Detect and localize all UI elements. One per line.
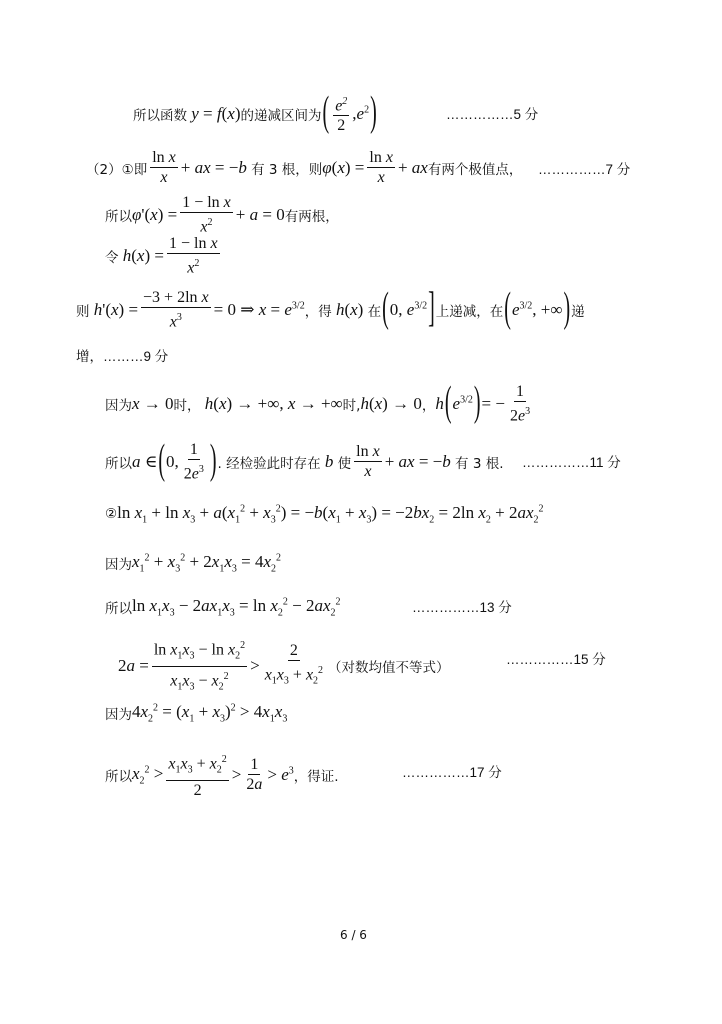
- text: 所以函数: [133, 104, 187, 124]
- line-log-equation: 所以 ln x1x3 − 2ax1x3 = ln x22 − 2ax22: [105, 596, 341, 618]
- math: h(x) → 0: [360, 394, 421, 414]
- score-15: ……………15 分: [506, 648, 606, 668]
- fraction: ln xx: [354, 442, 382, 481]
- text: ，得: [305, 300, 332, 320]
- line-am-gm: 因为 4x22 = (x1 + x3)2 > 4x1x3: [105, 702, 287, 724]
- text: 有两根，: [285, 205, 339, 225]
- fraction: 1 − ln xx2: [180, 193, 233, 236]
- math: >: [232, 765, 242, 785]
- math: ln x1x3 − 2ax1x3 = ln x22 − 2ax22: [132, 596, 341, 618]
- text: 增，: [76, 345, 103, 365]
- math: b: [321, 452, 338, 472]
- fraction: x1x3 + x222: [166, 750, 228, 800]
- text: 所以: [105, 205, 132, 225]
- math: = 0 ⇒ x = e3/2: [214, 300, 305, 320]
- math: ): [370, 90, 377, 138]
- math: >: [250, 656, 260, 676]
- text: 的递减区间为: [241, 104, 322, 124]
- text: . 经检验此时存在: [218, 452, 321, 472]
- math: e3/2: [453, 394, 473, 414]
- math: = −: [482, 394, 505, 414]
- line-increasing: 增， ………9 分: [76, 345, 168, 365]
- text: 上递减，在: [436, 300, 504, 320]
- line-derivative-phi: 所以 φ'(x) = 1 − ln xx2 + a = 0 有两根，: [105, 193, 339, 236]
- math: ): [563, 286, 570, 334]
- line-square-identity: 因为 x12 + x32 + 2x1x3 = 4x22: [105, 552, 281, 574]
- math: ]: [428, 286, 435, 334]
- fraction: 12e3: [508, 382, 532, 425]
- line-a-range: 所以 a ∈ (0, 12e3 ) . 经检验此时存在 b 使 ln xx + …: [105, 440, 504, 483]
- math: (: [445, 380, 452, 428]
- math: + ax = −b: [181, 158, 251, 178]
- fraction: −3 + 2ln xx3: [141, 288, 211, 331]
- math: + ax: [398, 158, 428, 178]
- math: ): [210, 438, 217, 486]
- line-part2-second: ② ln x1 + ln x3 + a(x12 + x32) = −b(x1 +…: [105, 503, 544, 525]
- math: 0,: [166, 452, 179, 472]
- fraction: ln xx: [150, 148, 178, 187]
- line-log-mean-ineq: 2a = ln x1x3 − ln x22x1x3 − x22 > 2x1x3 …: [118, 636, 450, 696]
- text: 因为: [105, 703, 132, 723]
- math: h(x): [332, 300, 368, 320]
- line-conclusion: 所以 x22 > x1x3 + x222 > 12a > e3 ，得证.: [105, 750, 339, 800]
- score-7: ……………7 分: [538, 158, 630, 178]
- text: 所以: [105, 597, 132, 617]
- math: =: [199, 104, 217, 124]
- math: 0, e3/2: [390, 300, 427, 320]
- fraction: ln x1x3 − ln x22x1x3 − x22: [152, 636, 247, 696]
- math: x22 >: [132, 764, 163, 786]
- line-part2-start: （2）①即 ln xx + ax = −b 有 3 根，则 φ(x) = ln …: [86, 148, 522, 187]
- text: 令: [105, 246, 119, 266]
- fraction: 12e3: [182, 440, 206, 483]
- math: 4x22 = (x1 + x3)2 > 4x1x3: [132, 702, 287, 724]
- page-number: 6 / 6: [340, 928, 367, 942]
- text: 有 3 根.: [455, 452, 503, 472]
- math: h(x) → +∞, x → +∞: [201, 394, 343, 414]
- score-5: ……………5 分: [446, 103, 538, 123]
- math: x: [227, 104, 235, 124]
- text: 所以: [105, 765, 132, 785]
- math: h(x) =: [119, 246, 164, 266]
- math: h'(x) =: [90, 300, 139, 320]
- text: ②: [105, 506, 117, 522]
- math: y: [187, 104, 199, 124]
- line-limits: 因为 x → 0 时， h(x) → +∞, x → +∞ 时, h(x) → …: [105, 382, 535, 425]
- line-h-derivative: 则 h'(x) = −3 + 2ln xx3 = 0 ⇒ x = e3/2 ，得…: [76, 288, 585, 331]
- math: (: [323, 90, 330, 138]
- text: 时,: [343, 394, 361, 414]
- text: 有 3 根，则: [251, 158, 322, 178]
- text: 时，: [174, 394, 201, 414]
- math: e3/2, +∞: [512, 300, 563, 320]
- math: x → 0: [132, 394, 174, 414]
- score-11: ……………11 分: [522, 451, 621, 471]
- text: 因为: [105, 394, 132, 414]
- math: (: [158, 438, 165, 486]
- math: > e3: [267, 765, 293, 785]
- text: 递: [571, 300, 585, 320]
- math: a ∈: [132, 452, 157, 472]
- math: (: [382, 286, 389, 334]
- text: 则: [76, 300, 90, 320]
- math: φ(x) =: [322, 158, 364, 178]
- text: （对数均值不等式）: [328, 656, 450, 676]
- math: ): [474, 380, 481, 428]
- fraction: 1 − ln xx2: [167, 234, 220, 277]
- fraction: e22: [333, 92, 349, 135]
- math: + ax = −b: [385, 452, 455, 472]
- text: （2）①即: [86, 158, 147, 178]
- text: 所以: [105, 452, 132, 472]
- fraction: 2x1x3 + x22: [263, 641, 325, 691]
- text: 在: [368, 300, 382, 320]
- text: 有两个极值点，: [428, 158, 523, 178]
- math: h: [435, 394, 444, 414]
- math: ln x1 + ln x3 + a(x12 + x32) = −b(x1 + x…: [117, 503, 543, 525]
- math: x12 + x32 + 2x1x3 = 4x22: [132, 552, 281, 574]
- score-9: ………9 分: [103, 345, 168, 365]
- score-17: ……………17 分: [402, 761, 502, 781]
- score-13: ……………13 分: [412, 596, 512, 616]
- text: ，: [422, 394, 436, 414]
- text: ，得证.: [294, 765, 339, 785]
- math: + a = 0: [236, 205, 285, 225]
- text: 因为: [105, 553, 132, 573]
- math: (: [504, 286, 511, 334]
- fraction: ln xx: [367, 148, 395, 187]
- math: φ'(x) =: [132, 205, 177, 225]
- line-define-h: 令 h(x) = 1 − ln xx2: [105, 234, 223, 277]
- line-decreasing-interval: 所以函数 y = f(x) 的递减区间为 ( e22 ,e2 ): [133, 92, 378, 135]
- math: ,e2: [352, 104, 369, 124]
- text: 使: [338, 452, 352, 472]
- fraction: 12a: [244, 755, 264, 794]
- math: 2a =: [118, 656, 149, 676]
